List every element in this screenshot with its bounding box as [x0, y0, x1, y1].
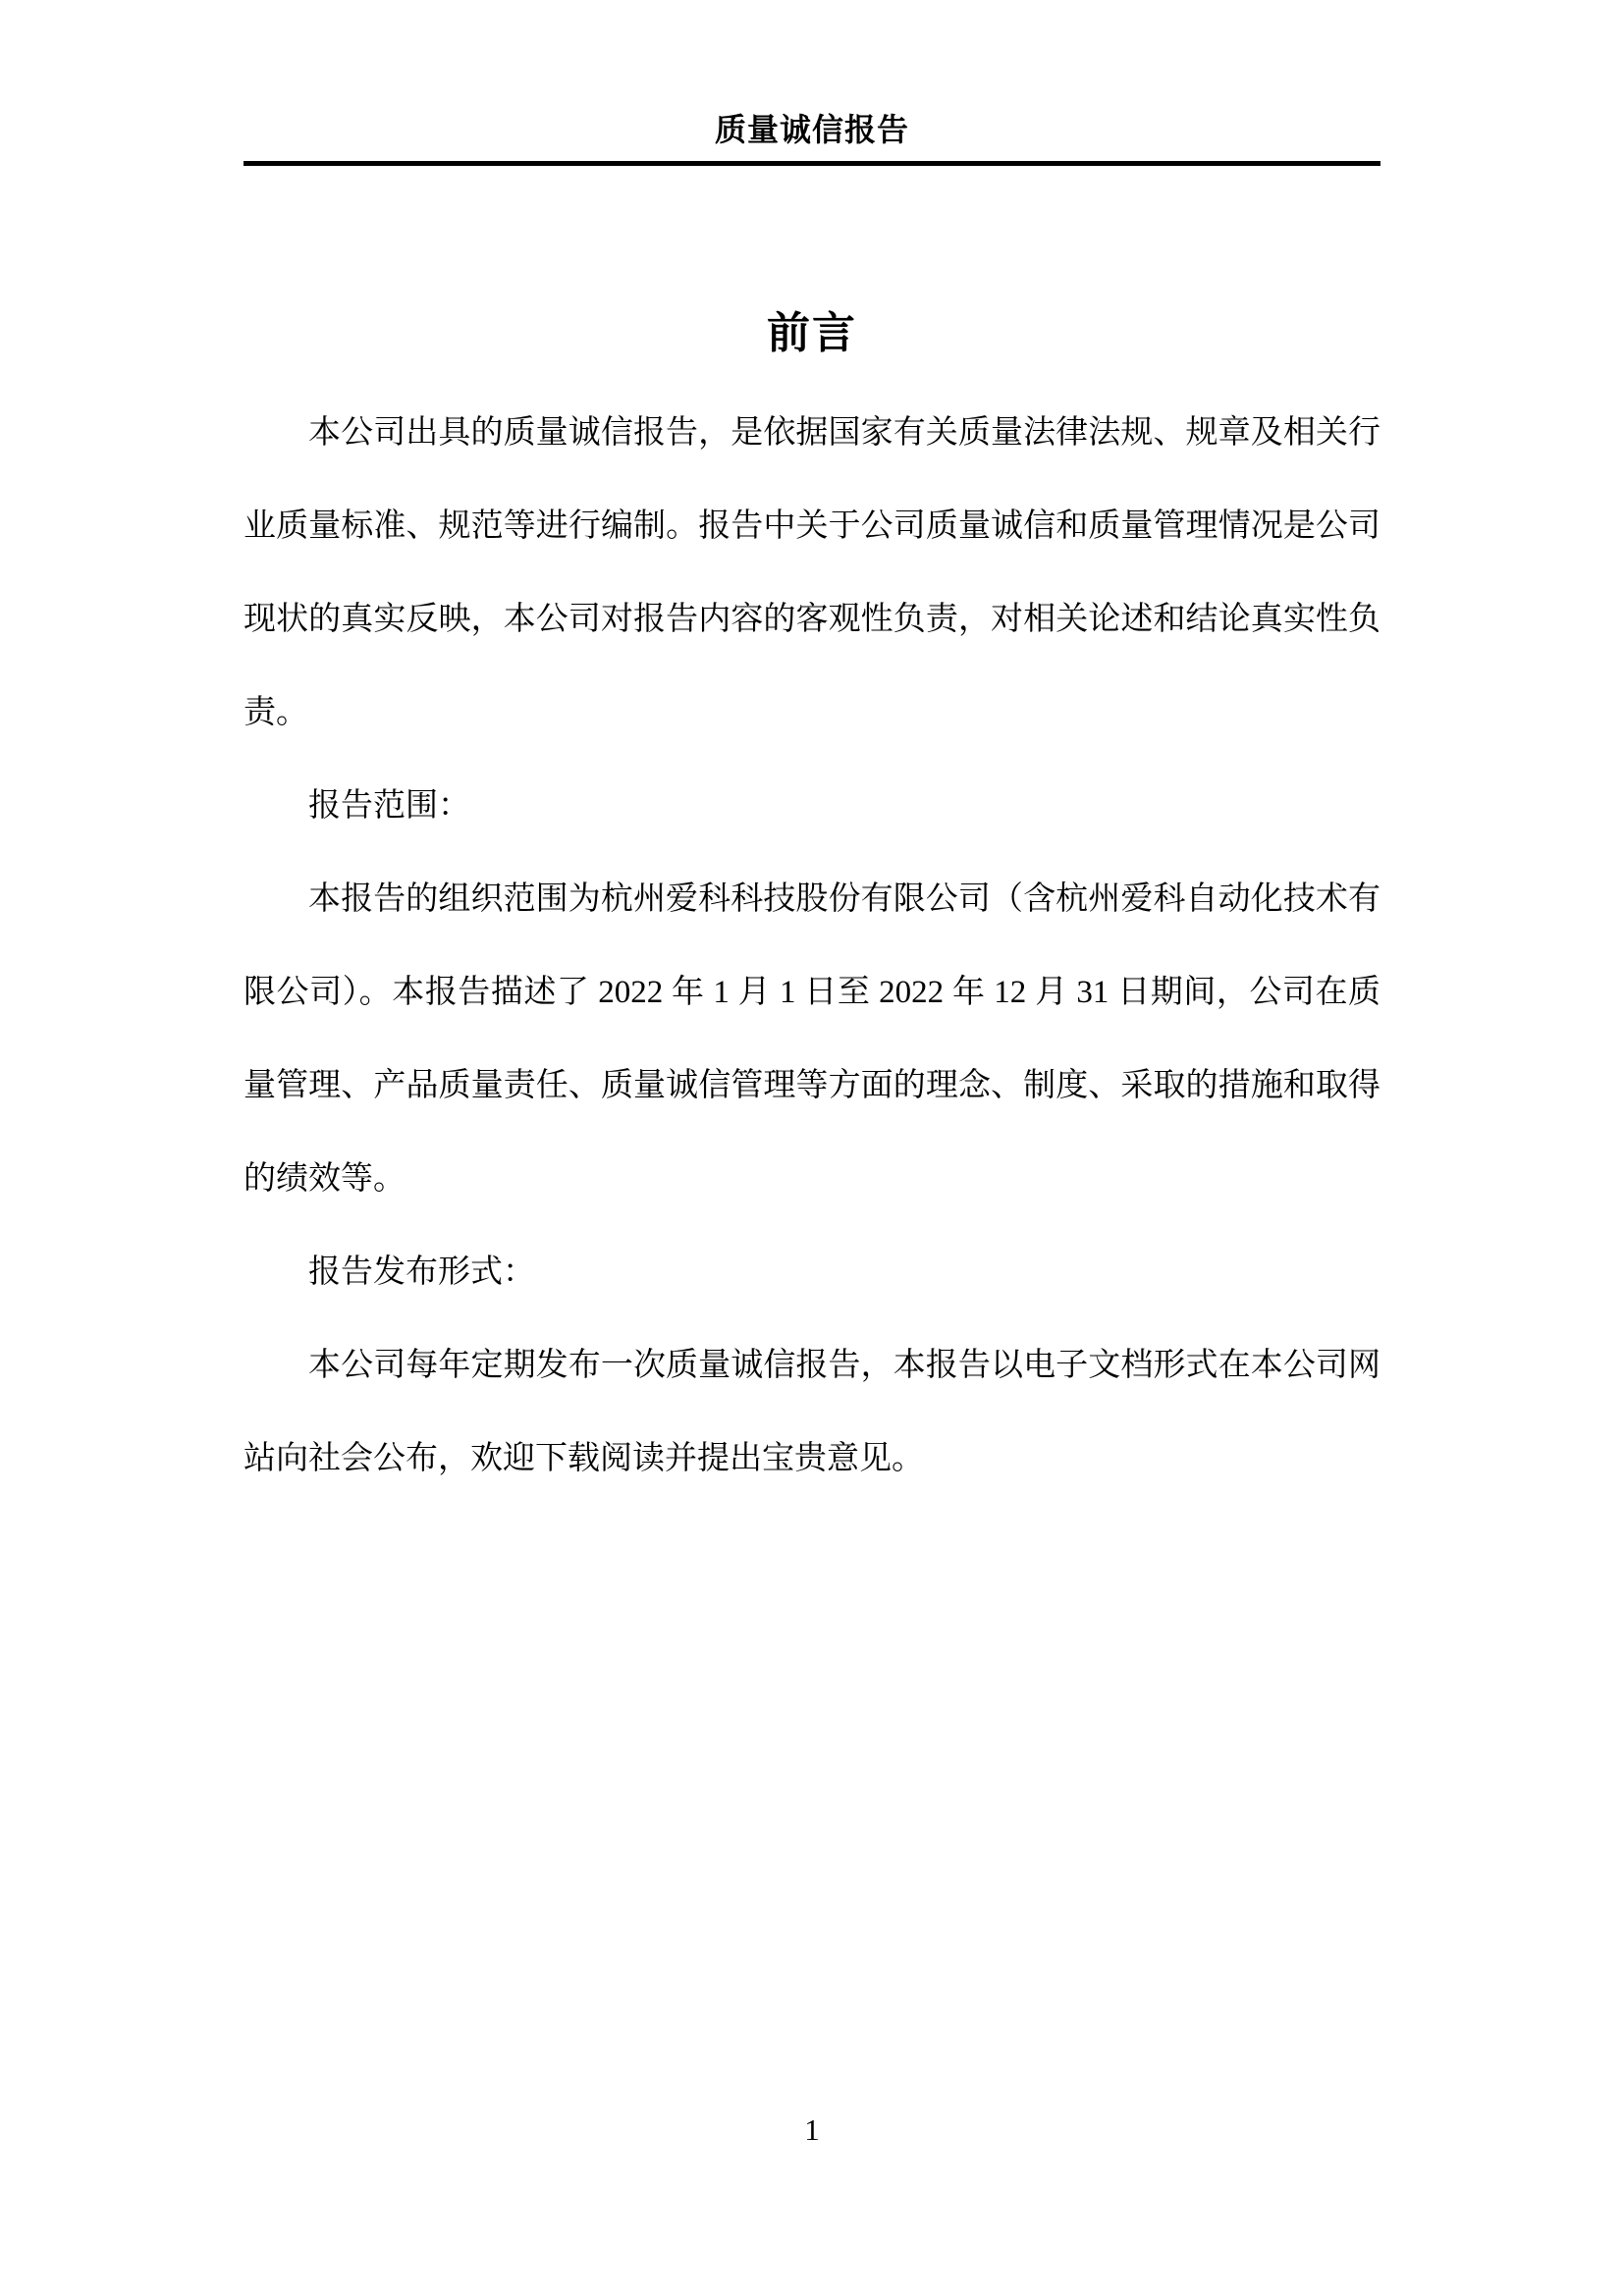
document-body: 前言 本公司出具的质量诚信报告，是依据国家有关质量法律法规、规章及相关行业质量标…: [244, 311, 1380, 1506]
page-header: 质量诚信报告: [0, 0, 1624, 166]
running-header-title: 质量诚信报告: [244, 110, 1380, 149]
paragraph-report-scope-detail: 本报告的组织范围为杭州爱科科技股份有限公司（含杭州爱科自动化技术有限公司）。本报…: [244, 853, 1380, 1226]
paragraph-intro: 本公司出具的质量诚信报告，是依据国家有关质量法律法规、规章及相关行业质量标准、规…: [244, 387, 1380, 760]
page-number: 1: [804, 2112, 820, 2147]
document-page: 质量诚信报告 前言 本公司出具的质量诚信报告，是依据国家有关质量法律法规、规章及…: [0, 0, 1624, 2296]
page-footer: 1: [0, 2110, 1624, 2150]
section-title-preface: 前言: [244, 311, 1380, 356]
preface-text: 本公司出具的质量诚信报告，是依据国家有关质量法律法规、规章及相关行业质量标准、规…: [244, 387, 1380, 1506]
paragraph-release-form-detail: 本公司每年定期发布一次质量诚信报告，本报告以电子文档形式在本公司网站向社会公布，…: [244, 1319, 1380, 1506]
header-divider-rule: [244, 161, 1380, 166]
paragraph-release-form-label: 报告发布形式：: [244, 1226, 1380, 1319]
paragraph-report-scope-label: 报告范围：: [244, 760, 1380, 853]
